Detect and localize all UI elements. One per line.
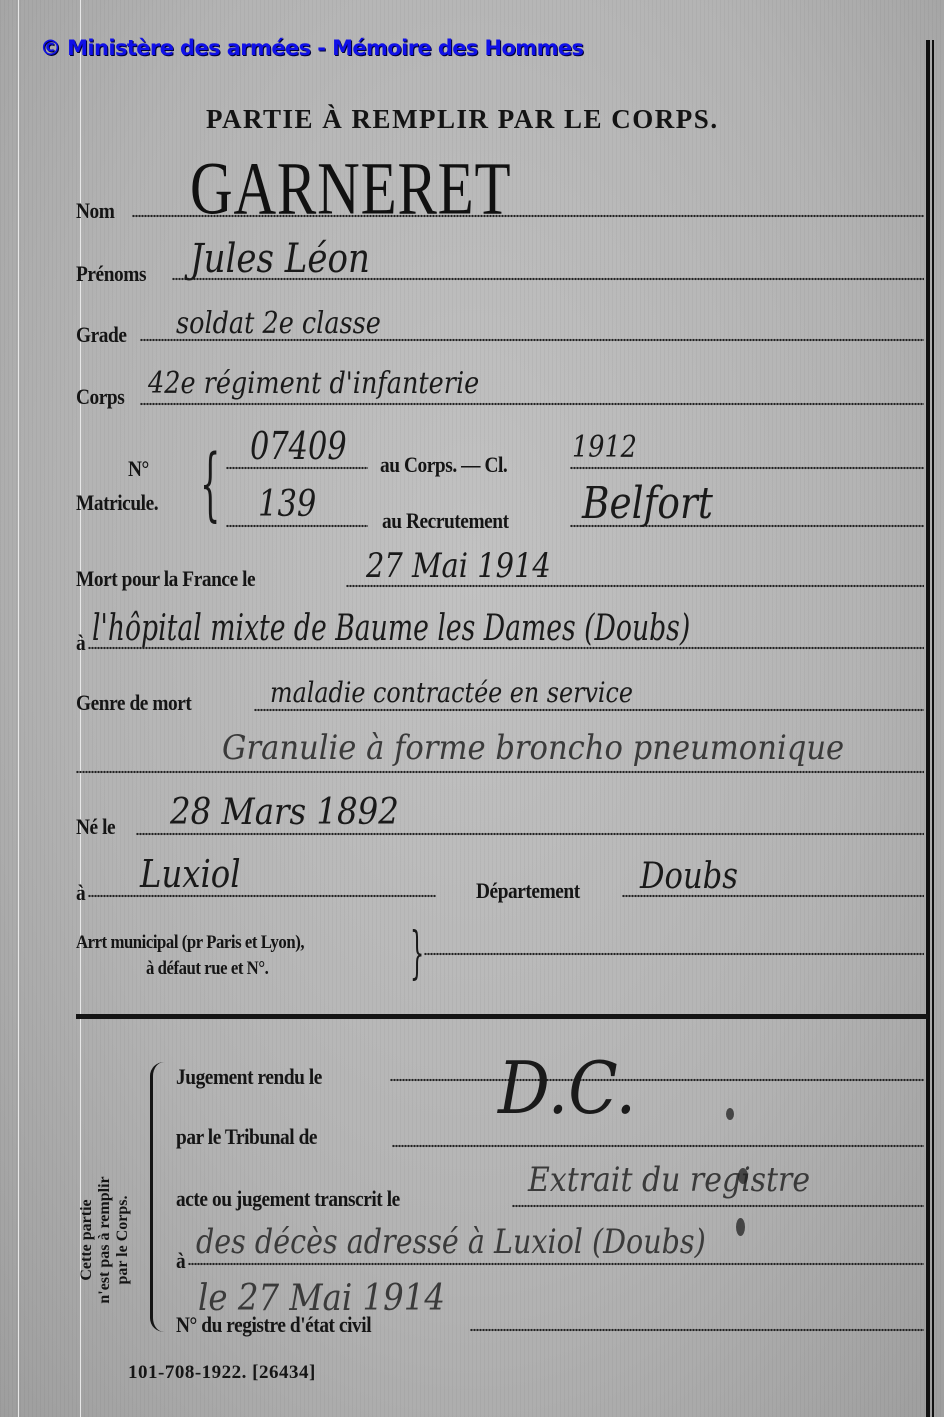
value-date-deces: 27 Mai 1914 (366, 546, 551, 586)
ink-blot (738, 1168, 748, 1184)
dotted-line (390, 1078, 924, 1082)
dotted-line (76, 770, 924, 774)
label-mort-pour-la-france: Mort pour la France le (76, 566, 255, 592)
ink-blot (736, 1218, 745, 1236)
label-genre-de-mort: Genre de mort (76, 690, 191, 716)
section-brace (150, 1062, 166, 1332)
right-border-rule (926, 40, 934, 1417)
label-registre: N° du registre d'état civil (176, 1312, 371, 1338)
label-rue: à défaut rue et N°. (146, 958, 268, 980)
value-nom: GARNERET (190, 145, 511, 232)
dotted-line (512, 1204, 924, 1208)
value-prenoms: Jules Léon (190, 236, 370, 282)
scan-margin-line (18, 0, 19, 1417)
label-numero: N° (128, 456, 149, 482)
label-nom: Nom (76, 198, 114, 224)
label-grade: Grade (76, 322, 127, 348)
label-transcrit: acte ou jugement transcrit le (176, 1186, 400, 1212)
value-recrutement: Belfort (582, 478, 713, 529)
value-lieu-deces: l'hôpital mixte de Baume les Dames (Doub… (92, 608, 690, 649)
value-genre-de-mort: maladie contractée en service (270, 676, 633, 709)
side-note: Cette partie n'est pas à remplir par le … (78, 1140, 132, 1340)
value-matricule-corps: 07409 (250, 424, 347, 468)
brace: { (200, 444, 220, 524)
value-genre-de-mort-detail: Granulie à forme broncho pneumonique (222, 728, 844, 768)
dotted-line (392, 1144, 924, 1148)
value-transcrit: Extrait du registre (528, 1160, 810, 1200)
value-date-naissance: 28 Mars 1892 (170, 792, 399, 833)
section-divider (76, 1014, 928, 1019)
label-jugement: Jugement rendu le (176, 1064, 322, 1090)
value-lieu-naissance: Luxiol (140, 852, 241, 896)
label-corps: Corps (76, 384, 124, 410)
label-a: à (176, 1248, 185, 1274)
label-arrondissement: Arrt municipal (pr Paris et Lyon), (76, 932, 304, 954)
value-corps: 42e régiment d'infanterie (148, 366, 479, 401)
ink-blot (726, 1108, 734, 1120)
label-lieu-naissance: à (76, 880, 85, 906)
label-prenoms: Prénoms (76, 261, 146, 287)
value-departement: Doubs (640, 856, 738, 897)
value-matricule-recrutement: 139 (258, 484, 316, 525)
label-lieu-deces: à (76, 630, 85, 656)
value-grade: soldat 2e classe (176, 306, 381, 341)
dotted-line (570, 466, 924, 470)
form-heading: PARTIE À REMPLIR PAR LE CORPS. (206, 104, 719, 135)
dotted-line (188, 1262, 924, 1266)
value-a: des décès adressé à Luxiol (Doubs) (196, 1222, 706, 1262)
value-classe: 1912 (572, 430, 637, 465)
dotted-line (470, 1328, 924, 1332)
dotted-line (424, 952, 924, 956)
form-reference: 101-708-1922. [26434] (128, 1362, 316, 1384)
label-departement: Département (476, 878, 580, 904)
value-jugement: D.C. (498, 1046, 636, 1130)
label-au-corps: au Corps. — Cl. (380, 452, 507, 478)
label-matricule: Matricule. (76, 490, 158, 516)
label-ne-le: Né le (76, 814, 115, 840)
dotted-line (140, 402, 924, 406)
label-au-recrutement: au Recrutement (382, 508, 509, 534)
copyright-watermark: © Ministère des armées - Mémoire des Hom… (40, 36, 583, 60)
brace: } (410, 926, 424, 982)
label-tribunal: par le Tribunal de (176, 1124, 317, 1150)
